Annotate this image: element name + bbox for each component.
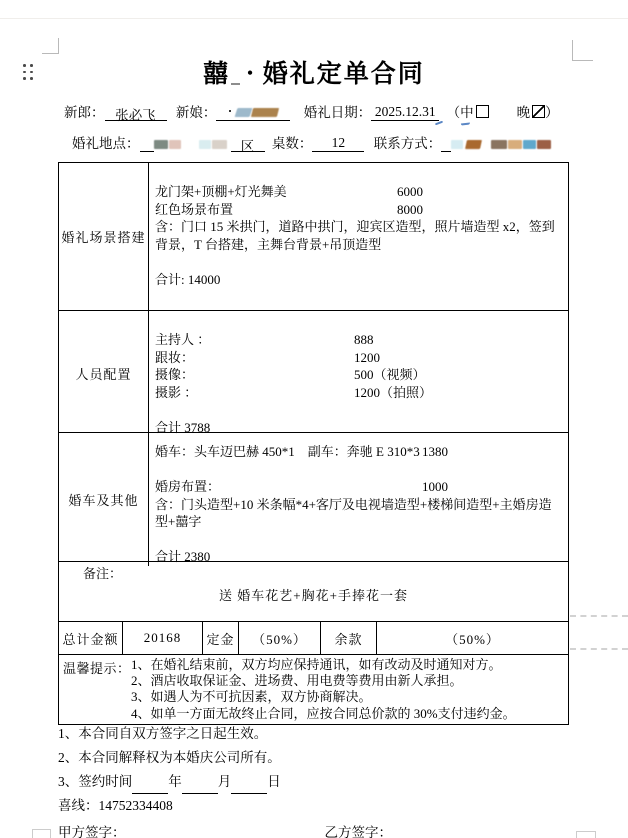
service-text: 摄影 ： [155, 385, 197, 400]
price-value: 8000 [397, 201, 423, 219]
contract-page: 囍•婚礼定单合同 新郎：张必飞 新娘： 婚礼日期：2025.12.31 （中晚）… [0, 0, 628, 838]
service-text: 合计: 14000 [155, 272, 220, 287]
section-row-cars-other: 婚车及其他 婚车：头车迈巴赫 450*1 副车：奔驰 E 310*31380 婚… [59, 433, 568, 562]
service-line [155, 531, 560, 549]
day-blank [231, 779, 267, 794]
service-text [155, 402, 158, 417]
service-line: 摄影 ：1200（拍照） [155, 384, 560, 402]
contact-label: 联系方式： [374, 136, 442, 151]
month-blank [182, 779, 218, 794]
page-margin-mark [576, 831, 596, 838]
contact-blank [441, 135, 451, 152]
service-text [155, 254, 158, 269]
wedding-date-field: 2025.12.31 [371, 104, 439, 121]
redacted-block [491, 140, 507, 149]
service-line: 主持人 ：888 [155, 331, 560, 349]
service-line: 合计 2380 [155, 548, 560, 566]
service-line: 含：门头造型+10 米条幅*4+客厅及电视墙造型+楼梯间造型+主婚房造型+囍字 [155, 496, 560, 531]
service-text: 婚房布置： [155, 479, 220, 494]
table-guide-dashed-line [570, 648, 628, 650]
page-top-edge [0, 18, 628, 19]
service-line [155, 401, 560, 419]
venue-label: 婚礼地点： [72, 136, 140, 151]
service-text: 婚车：头车迈巴赫 450*1 副车：奔驰 E 310*3 [155, 444, 420, 459]
proofing-mark [461, 123, 470, 126]
header-line-2: 婚礼地点：区 桌数：12 联系方式： [72, 132, 551, 152]
proofing-mark [231, 83, 240, 85]
redacted-block [523, 140, 536, 149]
title-text: 婚礼定单合同 [263, 61, 425, 88]
contact-redacted [451, 136, 551, 151]
tables-count-field: 12 [312, 135, 364, 152]
total-label-cell: 总计金额 [59, 622, 123, 654]
tips-row: 温馨提示： 1、在婚礼结束前，双方均应保持通讯，如有改动及时通知对方。2、酒店收… [59, 655, 568, 724]
service-line: 红色场景布置8000 [155, 201, 560, 219]
section-content: 龙门架+顶棚+灯光舞美6000红色场景布置8000含：门口 15 米拱门，道路中… [149, 163, 568, 310]
contract-clause: 2、本合同解释权为本婚庆公司所有。 [58, 746, 570, 770]
service-text: 红色场景布置 [155, 202, 233, 217]
tips-list: 1、在婚礼结束前，双方均应保持通讯，如有改动及时通知对方。2、酒店收取保证金、进… [131, 657, 568, 722]
service-text: 主持人 ： [155, 332, 210, 347]
total-row: 总计金额 20168 定金 （50%） 余款 （50%） [59, 622, 568, 655]
contract-table: 婚礼场景搭建 龙门架+顶棚+灯光舞美6000红色场景布置8000含：门口 15 … [58, 162, 569, 725]
document-title: 囍•婚礼定单合同 [0, 54, 628, 90]
service-line: 合计: 14000 [155, 271, 560, 289]
groom-name: 张必飞 [115, 108, 156, 123]
service-text: 合计 2380 [155, 549, 210, 564]
service-text: 龙门架+顶棚+灯光舞美 [155, 184, 287, 199]
party-b-signature: 乙方签字： [325, 821, 492, 838]
service-text [155, 532, 158, 547]
clauses: 1、本合同自双方签字之日起生效。2、本合同解释权为本婚庆公司所有。 [58, 722, 570, 770]
sign-time-line: 3、签约时间年月日 [58, 770, 570, 794]
redacted-block [169, 140, 181, 149]
party-a-signature: 甲方签字： [58, 821, 225, 838]
district: 区 [241, 139, 255, 154]
tables-count: 12 [332, 135, 346, 150]
section-label: 人员配置 [59, 311, 149, 436]
service-line: 摄像：500（视频） [155, 366, 560, 384]
paren-open: （ [447, 105, 461, 120]
redacted-block [465, 140, 482, 149]
redacted-dot [229, 110, 231, 112]
page-margin-mark [32, 829, 51, 838]
redacted-block [154, 140, 168, 149]
header-line-1: 新郎：张必飞 新娘： 婚礼日期：2025.12.31 （中晚） [64, 101, 559, 121]
bride-name-redacted [236, 104, 278, 119]
paren-close: ） [545, 105, 559, 120]
evening-checkbox[interactable] [532, 105, 545, 118]
tip-item: 3、如遇人为不可抗因素，双方协商解决。 [131, 689, 568, 705]
bride-name-field [216, 104, 290, 121]
contract-clause: 1、本合同自双方签字之日起生效。 [58, 722, 570, 746]
redacted-block [212, 140, 227, 149]
service-line: 婚房布置：1000 [155, 478, 560, 496]
service-line: 龙门架+顶棚+灯光舞美6000 [155, 183, 560, 201]
price-value: 500（视频） [354, 366, 426, 384]
notes-label: 备注： [65, 565, 562, 582]
page-margin-mark [42, 38, 59, 54]
year-blank [132, 779, 168, 794]
price-value: 1380 [422, 443, 448, 461]
tip-item: 2、酒店收取保证金、进场费、用电费等费用由新人承担。 [131, 673, 568, 689]
redacted-block [251, 108, 279, 117]
section-row-staff: 人员配置 主持人 ：888跟妆：1200摄像：500（视频）摄影 ：1200（拍… [59, 311, 568, 433]
service-text: 合计 3788 [155, 420, 210, 435]
groom-label: 新郎： [64, 105, 105, 120]
redacted-block [451, 140, 463, 149]
year-label: 年 [168, 774, 182, 789]
tip-item: 1、在婚礼结束前，双方均应保持通讯，如有改动及时通知对方。 [131, 657, 568, 673]
notes-content: 送 婚车花艺+胸花+手捧花一套 [65, 585, 562, 604]
footer: 1、本合同自双方签字之日起生效。2、本合同解释权为本婚庆公司所有。 3、签约时间… [58, 722, 570, 838]
section-content: 婚车：头车迈巴赫 450*1 副车：奔驰 E 310*31380 婚房布置：10… [149, 433, 568, 566]
price-value: 888 [354, 331, 374, 349]
district-field: 区 [231, 135, 265, 152]
noon-checkbox[interactable] [476, 105, 489, 118]
service-text: 跟妆： [155, 350, 194, 365]
table-guide-dashed-line [570, 615, 628, 617]
party-b-blank [396, 826, 491, 838]
day-label: 日 [267, 774, 281, 789]
service-text: 含：门头造型+10 米条幅*4+客厅及电视墙造型+楼梯间造型+主婚房造型+囍字 [155, 497, 552, 530]
balance-value-cell: （50%） [377, 622, 568, 654]
section-content: 主持人 ：888跟妆：1200摄像：500（视频）摄影 ：1200（拍照） 合计… [149, 311, 568, 436]
redacted-block [234, 108, 252, 117]
service-line: 婚车：头车迈巴赫 450*1 副车：奔驰 E 310*31380 [155, 443, 560, 461]
notes-row: 备注： 送 婚车花艺+胸花+手捧花一套 [59, 562, 568, 622]
venue-blank [140, 135, 154, 152]
service-line [155, 253, 560, 271]
balance-label-cell: 余款 [321, 622, 377, 654]
title-xi: 囍 [203, 61, 230, 88]
price-value: 1000 [422, 478, 448, 496]
price-value: 1200（拍照） [354, 384, 432, 402]
party-a-blank [130, 826, 225, 838]
service-line: 跟妆：1200 [155, 349, 560, 367]
hotline: 喜线：14752334408 [58, 794, 570, 818]
venue-redacted [154, 136, 227, 151]
proofing-mark [435, 121, 443, 126]
price-value: 6000 [397, 183, 423, 201]
service-line: 含：门口 15 米拱门，道路中拱门，迎宾区造型，照片墙造型 x2，签到背景，T … [155, 218, 560, 253]
service-line: 合计 3788 [155, 419, 560, 437]
month-label: 月 [218, 774, 232, 789]
sign-time-prefix: 3、签约时间 [58, 774, 132, 789]
section-label: 婚车及其他 [59, 433, 149, 566]
section-row-venue-setup: 婚礼场景搭建 龙门架+顶棚+灯光舞美6000红色场景布置8000含：门口 15 … [59, 163, 568, 311]
tips-label: 温馨提示： [59, 657, 131, 722]
section-label: 婚礼场景搭建 [59, 163, 149, 310]
noon-label: 中 [460, 101, 474, 121]
signature-line: 甲方签字： 乙方签字： [58, 821, 570, 838]
total-amount-cell: 20168 [123, 622, 203, 654]
bride-label: 新娘： [176, 105, 217, 120]
redacted-block [199, 140, 211, 149]
service-text [155, 462, 158, 477]
redacted-block [537, 140, 551, 149]
deposit-value-cell: （50%） [239, 622, 321, 654]
wedding-date: 2025.12.31 [375, 104, 436, 119]
deposit-label-cell: 定金 [203, 622, 239, 654]
title-bullet: • [247, 65, 255, 82]
price-value: 1200 [354, 349, 380, 367]
service-line [155, 461, 560, 479]
service-text: 含：门口 15 米拱门，道路中拱门，迎宾区造型，照片墙造型 x2，签到背景，T … [155, 219, 555, 252]
evening-label: 晚 [517, 105, 531, 120]
tip-item: 4、如单一方面无故终止合同，应按合同总价款的 30%支付违约金。 [131, 706, 568, 722]
redacted-block [508, 140, 522, 149]
tables-label: 桌数： [272, 136, 313, 151]
date-label: 婚礼日期： [304, 105, 372, 120]
service-text: 摄像： [155, 367, 194, 382]
groom-name-field: 张必飞 [105, 104, 167, 121]
